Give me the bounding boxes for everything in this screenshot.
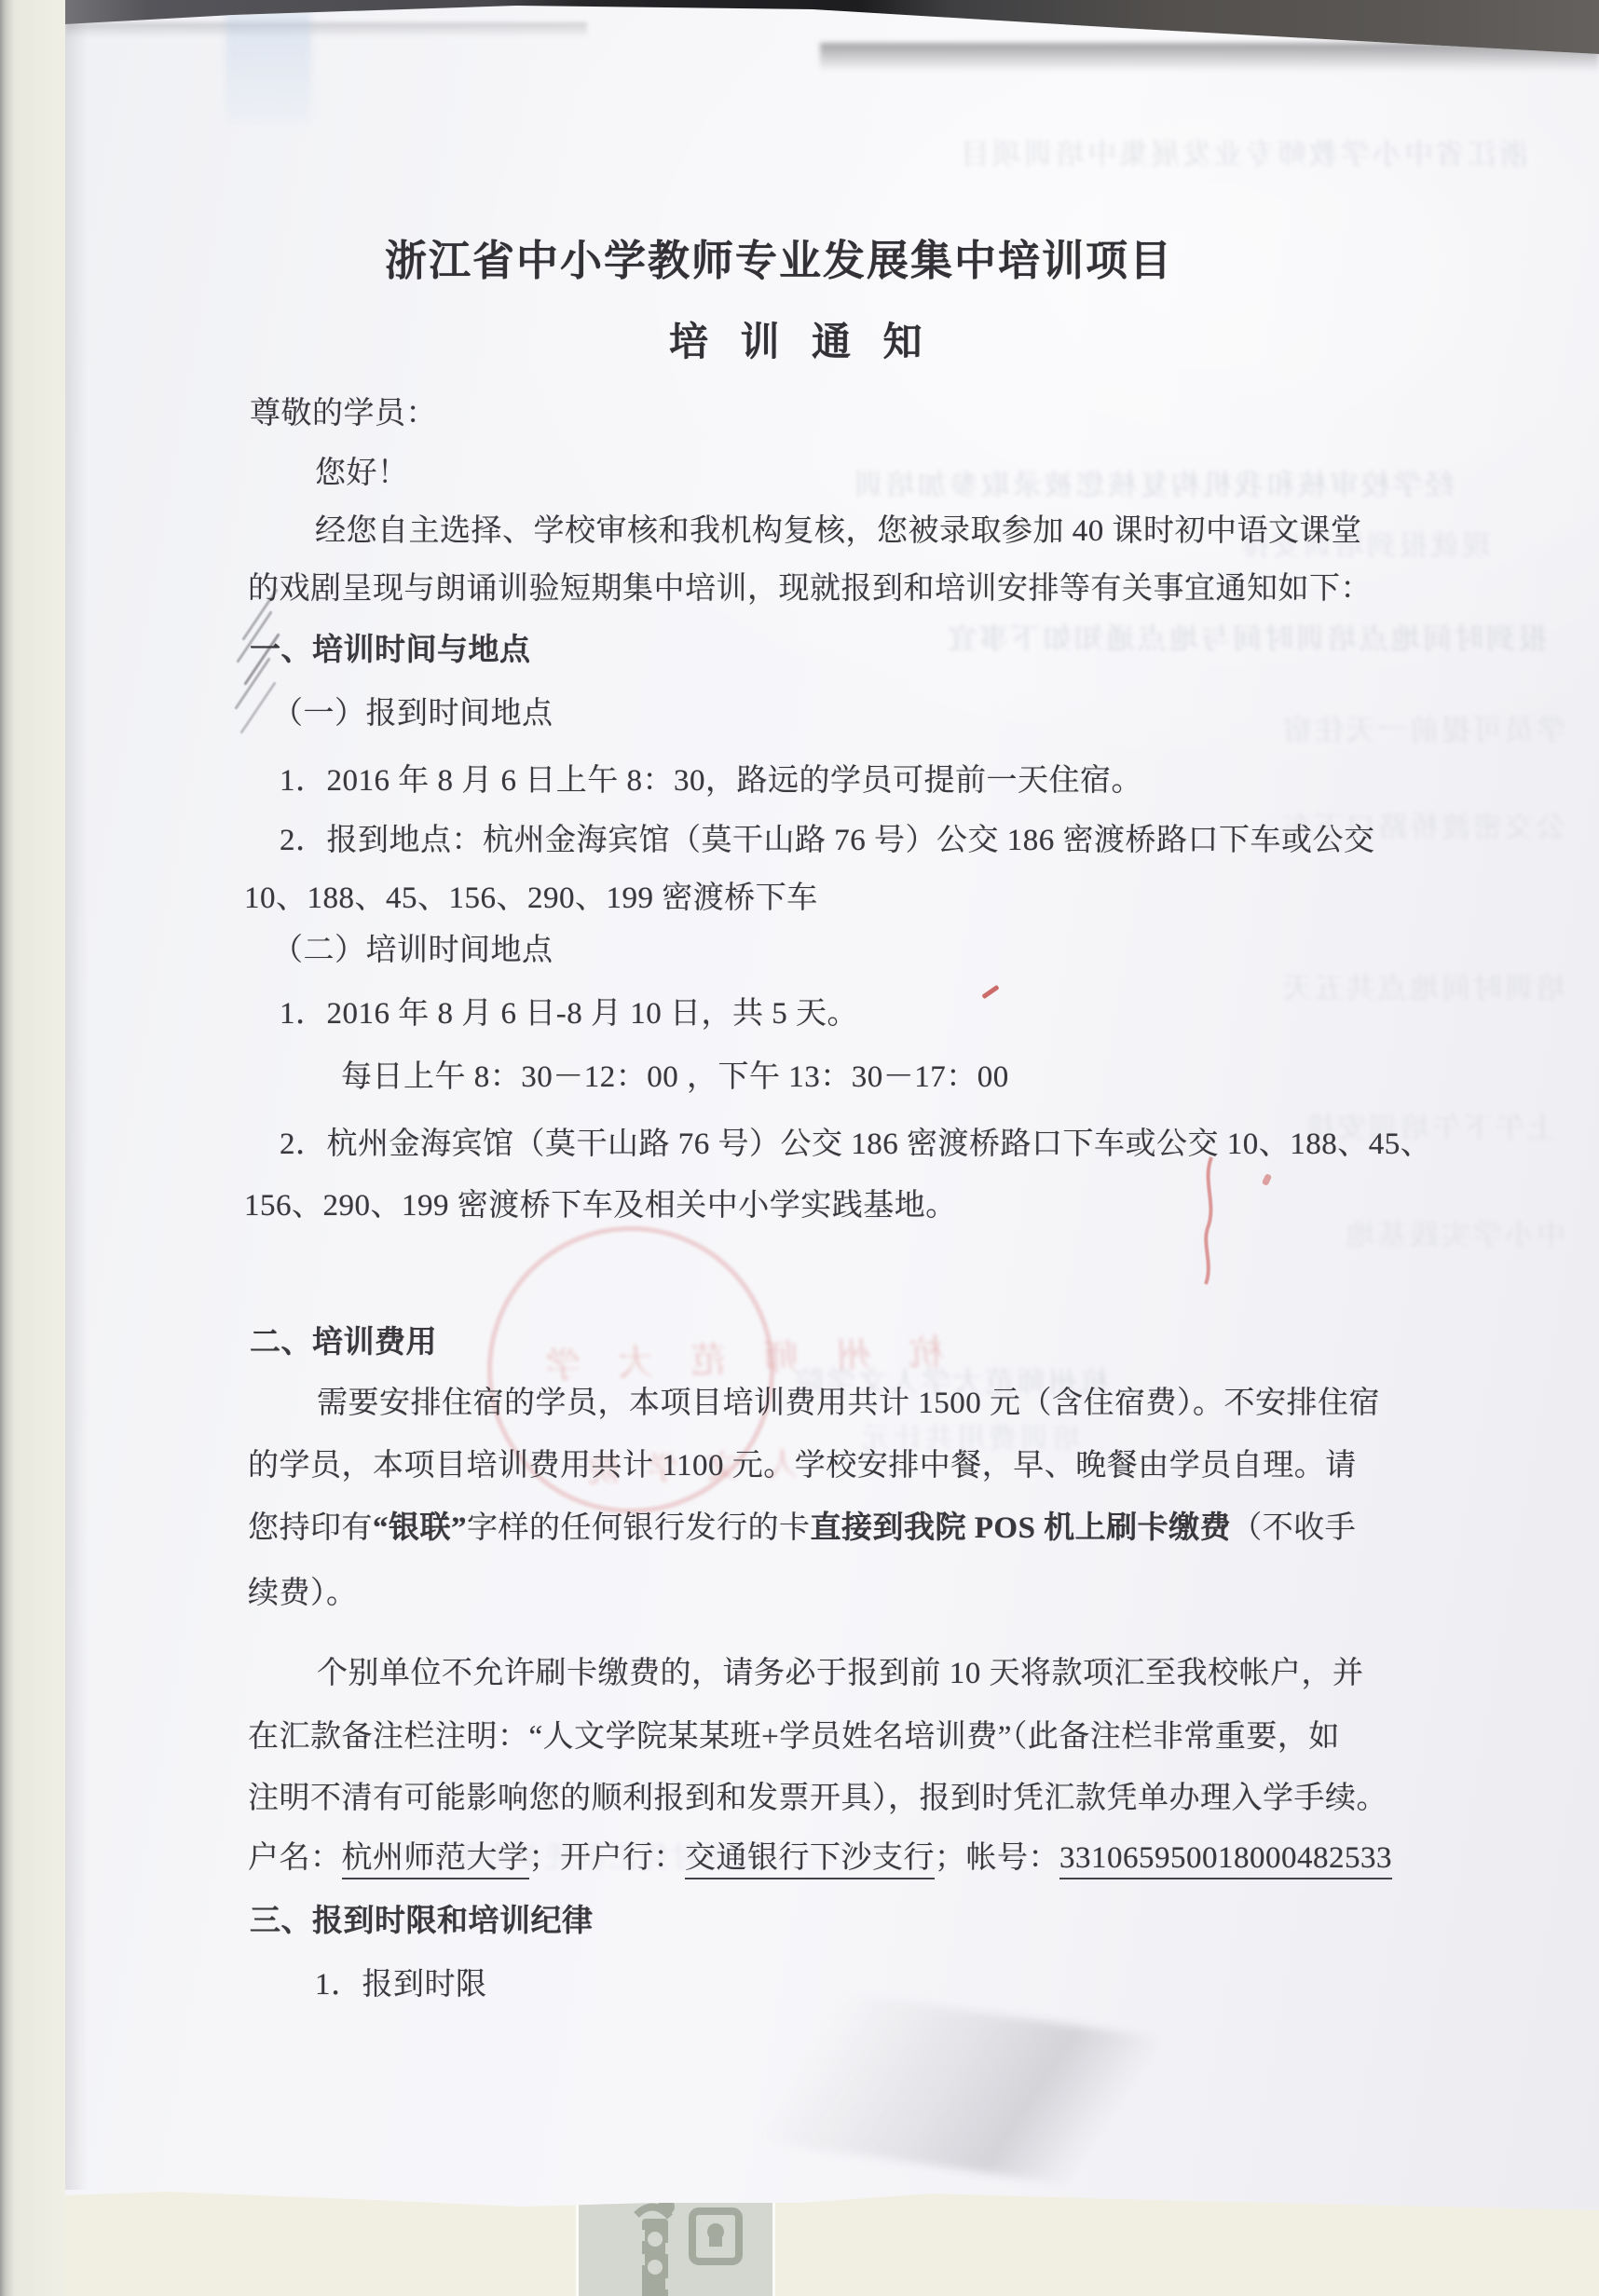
section1-item: 2．杭州金海宾馆（莫干山路 76 号）公交 186 密渡桥路口下车或公交 10、… [280,1126,1431,1164]
section1-heading: 一、培训时间与地点 [250,632,531,670]
bleedthrough-line: 学员可提前一天住宿 [1006,706,1565,748]
document-page: 浙江省中小学教师专业发展集中培训项目 经学校审核和我机构复核您被录取参加培训 现… [0,0,1599,2296]
section2-paragraph-line: 在汇款备注栏注明：“人文学院某某班+学员姓名培训费”（此备注栏非常重要，如 [248,1718,1340,1756]
section1-item: 1．2016 年 8 月 6 日-8 月 10 日，共 5 天。 [280,995,858,1033]
text-segment-bold: 直接到我院 POS 机上刷卡缴费 [811,1511,1232,1545]
account-bank-label: ；开户行： [529,1841,686,1875]
section1-sub2-heading: （二）培训时间地点 [272,932,553,970]
account-info-line: 户名：杭州师范大学；开户行：交通银行下沙支行；帐号：33106595001800… [248,1839,1392,1878]
text-segment: 字样的任何银行发行的卡 [467,1511,811,1545]
bleedthrough-line: 经学校审核和我机构复核您被录取参加培训 [391,461,1454,503]
section2-paragraph-line: 需要安排住宿的学员，本项目培训费用共计 1500 元（含住宿费）。不安排住宿 [317,1385,1380,1423]
section2-paragraph-line: 个别单位不允许刷卡缴费的，请务必于报到前 10 天将款项汇至我校帐户，并 [317,1655,1364,1693]
section2-paragraph-line: 的学员，本项目培训费用共计 1100 元。学校安排中餐，早、晚餐由学员自理。请 [248,1447,1357,1485]
account-name: 杭州师范大学 [342,1841,529,1879]
tape-mark [225,13,311,123]
text-segment: （不收手 [1231,1511,1356,1545]
section1-sub1-heading: （一）报到时间地点 [272,695,553,733]
film-strip-icon [620,2200,689,2296]
red-pen-speck [1262,1173,1272,1186]
slide-frame-icon [687,2206,745,2267]
paper-edge-shadow [65,22,587,37]
paper-fold-shadow [644,1968,1182,2197]
intro-line: 的戏剧呈现与朗诵训验短期集中培训，现就报到和培训安排等有关事宜通知如下： [248,570,1372,608]
bleedthrough-line: 浙江省中小学教师专业发展集中培训项目 [820,130,1528,172]
section1-item: 每日上午 8：30－12：00 ，下午 13：30－17：00 [341,1059,1009,1097]
salutation: 尊敬的学员： [250,395,437,433]
scan-root: { "notice": { "title": "浙江省中小学教师专业发展集中培训… [0,0,1599,2296]
red-pen-squiggle [1198,1155,1221,1288]
document-subtitle: 培 训 通 知 [669,319,934,368]
account-name-label: 户名： [248,1841,342,1875]
account-bank: 交通银行下沙支行 [685,1841,935,1879]
document-title: 浙江省中小学教师专业发展集中培训项目 [385,235,1173,287]
paper-left-shading [65,19,88,2190]
section1-item: 2．报到地点：杭州金海宾馆（莫干山路 76 号）公交 186 密渡桥路口下车或公… [280,822,1375,860]
bleedthrough-line: 中小学实践基地 [1062,1211,1565,1253]
section1-item: 10、188、45、156、290、199 密渡桥下车 [244,880,818,918]
text-segment: 您持印有 [248,1511,373,1545]
section3-heading: 三、报到时限和培训纪律 [250,1903,594,1941]
section2-paragraph-line: 注明不清有可能影响您的顺利报到和发票开具），报到时凭汇款凭单办理入学手续。 [248,1780,1387,1818]
intro-line: 经您自主选择、学校审核和我机构复核，您被录取参加 40 课时初中语文课堂 [315,512,1362,551]
section3-item: 1．报到时限 [315,1966,487,2004]
section2-heading: 二、培训费用 [250,1324,437,1362]
section1-item: 156、290、199 密渡桥下车及相关中小学实践基地。 [244,1187,957,1225]
section2-paragraph-line: 您持印有“银联”字样的任何银行发行的卡直接到我院 POS 机上刷卡缴费（不收手 [248,1510,1356,1548]
text-segment-bold: “银联” [373,1511,467,1545]
section1-item: 1．2016 年 8 月 6 日上午 8：30，路远的学员可提前一天住宿。 [280,762,1142,800]
scanner-panel [576,2197,775,2296]
section2-paragraph-line: 续费）。 [248,1575,358,1613]
account-number: 331065950018000482533 [1059,1841,1392,1879]
greeting: 您好！ [315,455,409,493]
account-number-label: ；帐号： [935,1841,1059,1875]
scanner-bed-left [0,0,65,2296]
bleedthrough-line: 培训时间地点共五天 [988,964,1565,1006]
